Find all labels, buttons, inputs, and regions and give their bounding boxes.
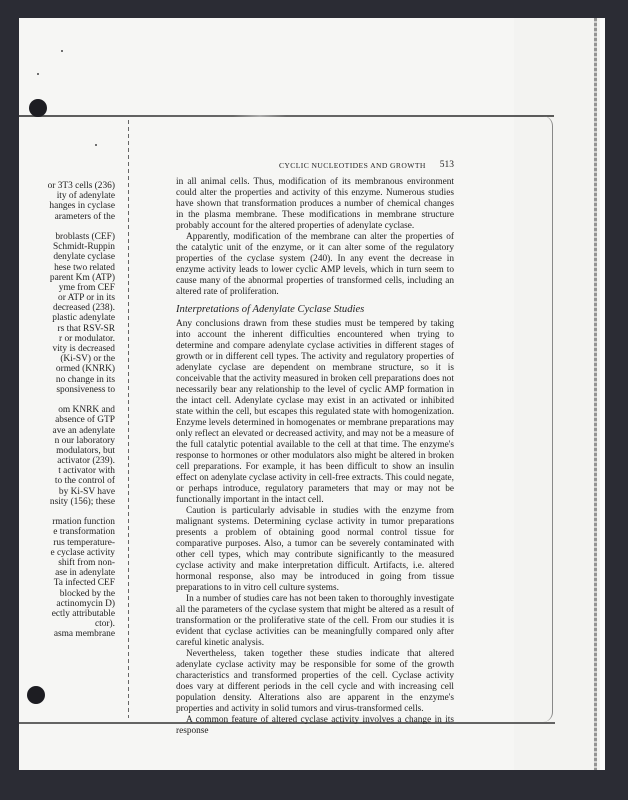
fragment-line: asma membrane xyxy=(19,629,115,639)
running-head-title: CYCLIC NUCLEOTIDES AND GROWTH xyxy=(279,160,426,171)
fragment-line: t activator with xyxy=(19,466,115,476)
page-number: 513 xyxy=(440,160,454,171)
fragment-line: denylate cyclase xyxy=(19,252,115,262)
fragment-line: vity is decreased xyxy=(19,344,115,354)
paragraph: Caution is particularly advisable in stu… xyxy=(176,506,454,594)
fragment-line: om KNRK and xyxy=(19,405,115,415)
fragment-line: plastic adenylate xyxy=(19,313,115,323)
fragment-line: n our laboratory xyxy=(19,436,115,446)
gutter-line xyxy=(128,120,129,718)
page-body: CYCLIC NUCLEOTIDES AND GROWTH 513 in all… xyxy=(176,160,454,737)
fragment-line: activator (239). xyxy=(19,456,115,466)
fragment-line: yme from CEF xyxy=(19,283,115,293)
scan-speck xyxy=(37,73,39,75)
paragraph: Nevertheless, taken together these studi… xyxy=(176,649,454,715)
fragment-line: Ta infected CEF xyxy=(19,578,115,588)
fragment-line: or ATP or in its xyxy=(19,293,115,303)
running-head: CYCLIC NUCLEOTIDES AND GROWTH 513 xyxy=(176,160,454,171)
fragment-line: decreased (238). xyxy=(19,303,115,313)
fragment-line: ormed (KNRK) xyxy=(19,364,115,374)
fragment-line: arameters of the xyxy=(19,212,115,222)
sheet-border xyxy=(600,18,605,770)
fragment-line: ase in adenylate xyxy=(19,568,115,578)
fragment-line: e transformation xyxy=(19,527,115,537)
fragment-line: to the control of xyxy=(19,476,115,486)
fragment-line: modulators, but xyxy=(19,446,115,456)
fragment-line: shift from non- xyxy=(19,558,115,568)
previous-page-column: or 3T3 cells (236) ity of adenylate hang… xyxy=(19,181,115,639)
fragment-line: rmation function xyxy=(19,517,115,527)
fragment-line: blocked by the xyxy=(19,589,115,599)
fragment-line: broblasts (CEF) xyxy=(19,232,115,242)
punch-hole-top xyxy=(29,99,47,117)
fragment-line: ctor). xyxy=(19,619,115,629)
fragment-line: hese two related xyxy=(19,263,115,273)
paragraph-gap xyxy=(19,395,115,405)
fragment-line: by Ki-SV have xyxy=(19,487,115,497)
fragment-line: Schmidt-Ruppin xyxy=(19,242,115,252)
page-edge-shadow xyxy=(594,18,597,770)
paragraph-gap xyxy=(19,507,115,517)
fragment-line: e cyclase activity xyxy=(19,548,115,558)
fragment-line: absence of GTP xyxy=(19,415,115,425)
paragraph-gap xyxy=(19,222,115,232)
paragraph: in all animal cells. Thus, modification … xyxy=(176,177,454,232)
paragraph: A common feature of altered cyclase acti… xyxy=(176,715,454,737)
fragment-line: ity of adenylate xyxy=(19,191,115,201)
fragment-line: actinomycin D) xyxy=(19,599,115,609)
fragment-line: rs that RSV-SR xyxy=(19,324,115,334)
fragment-line: sponsiveness to xyxy=(19,385,115,395)
fragment-line: parent Km (ATP) xyxy=(19,273,115,283)
paragraph: Any conclusions drawn from these studies… xyxy=(176,319,454,506)
scan-speck xyxy=(61,50,63,52)
fragment-line: or 3T3 cells (236) xyxy=(19,181,115,191)
fragment-line: rus temperature- xyxy=(19,538,115,548)
fragment-line: nsity (156); these xyxy=(19,497,115,507)
fragment-line: no change in its xyxy=(19,375,115,385)
fragment-line: ectly attributable xyxy=(19,609,115,619)
paragraph: In a number of studies care has not been… xyxy=(176,594,454,649)
paragraph: Apparently, modification of the membrane… xyxy=(176,232,454,298)
fragment-line: r or modulator. xyxy=(19,334,115,344)
fragment-line: ave an adenylate xyxy=(19,426,115,436)
section-heading: Interpretations of Adenylate Cyclase Stu… xyxy=(176,304,454,315)
fragment-line: hanges in cyclase xyxy=(19,201,115,211)
punch-hole-bottom xyxy=(27,686,45,704)
scan-speck xyxy=(95,144,97,146)
fragment-line: (Ki-SV) or the xyxy=(19,354,115,364)
